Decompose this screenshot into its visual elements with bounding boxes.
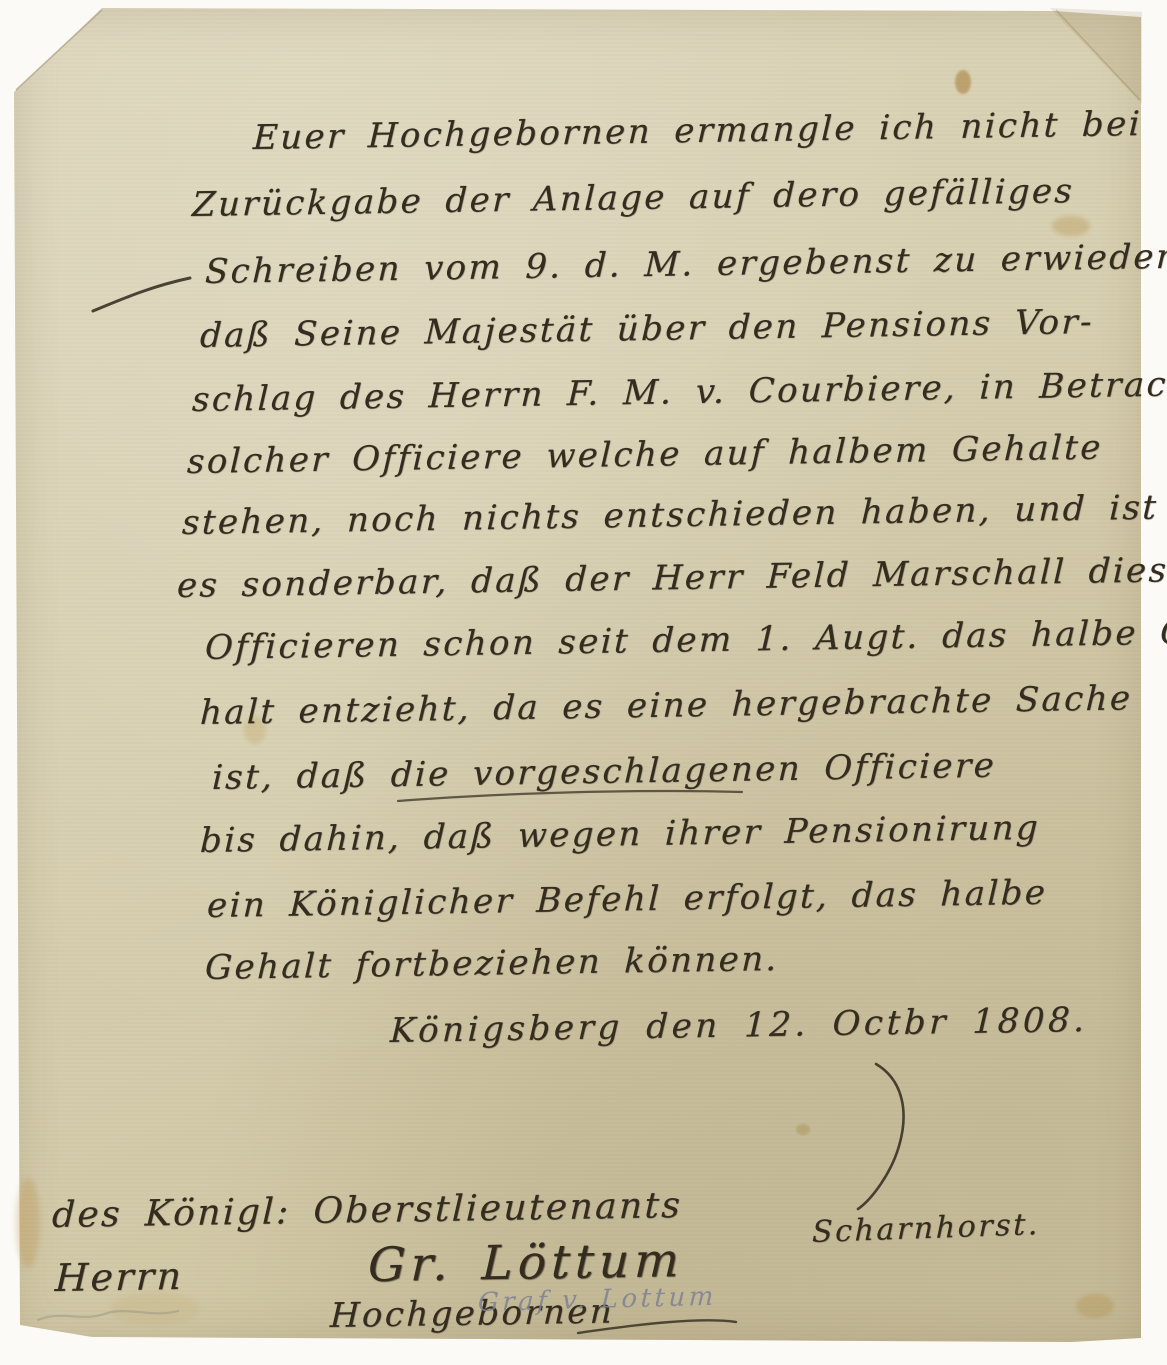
manuscript-page: Euer Hochgebornen ermangle ich nicht bei… [0, 0, 1167, 1365]
pencil-annotation: Graf v. Lottum [477, 1282, 717, 1318]
address-line: Herrn [54, 1256, 184, 1300]
signature: Scharnhorst. [812, 1208, 1041, 1249]
